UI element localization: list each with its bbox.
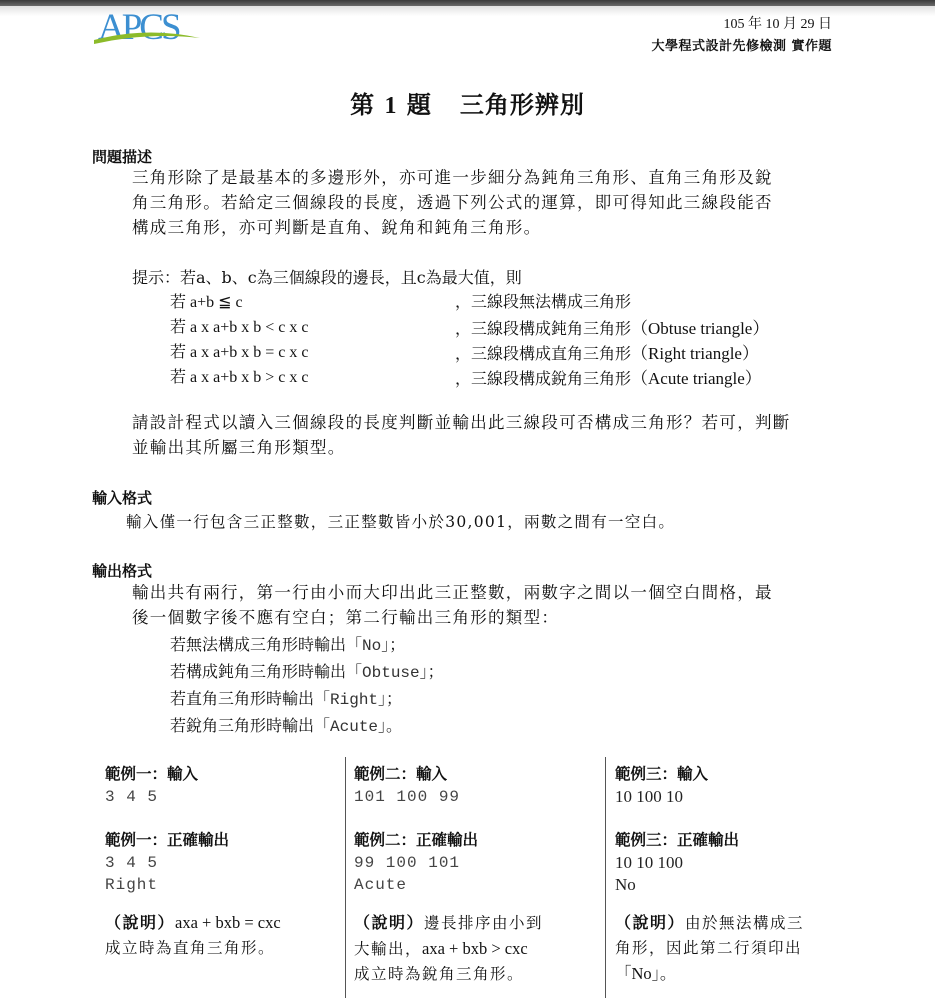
output-rule: 若銳角三角形時輸出「Acute」。 [170, 713, 444, 740]
description-line: 三角形除了是最基本的多邊形外，亦可進一步細分為鈍角三角形、直角三角形及銳 [132, 165, 832, 190]
task-paragraph: 請設計程式以讀入三個線段的長度判斷並輸出此三線段可否構成三角形？若可，判斷 並輸… [132, 410, 832, 460]
hint-result: ，三線段構成直角三角形（Right triangle） [455, 339, 759, 364]
section-heading-output: 輸出格式 [92, 560, 152, 581]
example-2: 範例二：輸入 101 100 99 範例二：正確輸出 99 100 101 Ac… [354, 762, 594, 987]
example-input-label: 範例二：輸入 [354, 762, 594, 786]
example-output-label: 範例一：正確輸出 [105, 828, 335, 852]
hint-intro: 提示：若a、b、c為三個線段的邊長，且c為最大值，則 [132, 265, 522, 290]
example-3: 範例三：輸入 10 100 10 範例三：正確輸出 10 10 100 No （… [615, 762, 845, 986]
example-output-value: No [615, 874, 845, 896]
output-format-line: 後一個數字後不應有空白；第二行輸出三角形的類型： [132, 605, 832, 630]
example-output-label: 範例二：正確輸出 [354, 828, 594, 852]
example-output-value: Acute [354, 874, 594, 896]
exam-date: 105 年 10 月 29 日 [651, 14, 832, 36]
column-divider [605, 757, 606, 998]
example-input-value: 3 4 5 [105, 786, 335, 808]
problem-name: 三角形辨別 [460, 90, 585, 119]
example-input-value: 101 100 99 [354, 786, 594, 808]
description-line: 角三角形。若給定三個線段的長度，透過下列公式的運算，即可得知此三線段能否 [132, 190, 832, 215]
output-rule: 若直角三角形時輸出「Right」； [170, 686, 444, 713]
hint-row: 若 a x a+b x b > c x c ，三線段構成銳角三角形（Acute … [170, 364, 810, 389]
hint-condition: 若 a x a+b x b > c x c [170, 364, 308, 387]
input-format-text: 輸入僅一行包含三正整數，三正整數皆小於30,001，兩數之間有一空白。 [126, 510, 846, 535]
example-output-value: 3 4 5 [105, 852, 335, 874]
hint-condition: 若 a x a+b x b = c x c [170, 339, 308, 362]
hint-result: ，三線段構成鈍角三角形（Obtuse triangle） [455, 314, 769, 339]
hint-result: ，三線段無法構成三角形 [455, 289, 631, 312]
logo-swoosh-icon [92, 28, 202, 48]
title-suffix: 題 [407, 90, 432, 119]
description-paragraph: 三角形除了是最基本的多邊形外，亦可進一步細分為鈍角三角形、直角三角形及銳 角三角… [132, 165, 832, 240]
section-heading-description: 問題描述 [92, 146, 152, 167]
hint-result: ，三線段構成銳角三角形（Acute triangle） [455, 364, 762, 389]
example-note: （說明）邊長排序由小到 大輸出，axa + bxb > cxc 成立時為銳角三角… [354, 910, 594, 987]
hint-row: 若 a+b ≦ c ，三線段無法構成三角形 [170, 289, 810, 314]
example-output-value: 10 10 100 [615, 852, 845, 874]
apcs-logo: APCS [92, 10, 202, 50]
problem-title: 第 1 題三角形辨別 [0, 85, 935, 120]
problem-number: 1 [385, 93, 398, 119]
column-divider [345, 757, 346, 998]
example-output-label: 範例三：正確輸出 [615, 828, 845, 852]
example-output-value: Right [105, 874, 335, 896]
title-prefix: 第 [350, 90, 375, 119]
document-header: 105 年 10 月 29 日 大學程式設計先修檢測 實作題 [651, 14, 832, 58]
task-line: 並輸出其所屬三角形類型。 [132, 435, 832, 460]
exam-name: 大學程式設計先修檢測 實作題 [651, 36, 832, 58]
output-rule: 若無法構成三角形時輸出「No」； [170, 632, 444, 659]
example-1: 範例一：輸入 3 4 5 範例一：正確輸出 3 4 5 Right （說明）ax… [105, 762, 335, 961]
example-output-value: 99 100 101 [354, 852, 594, 874]
output-format-line: 輸出共有兩行，第一行由小而大印出此三正整數，兩數字之間以一個空白間格，最 [132, 580, 832, 605]
hint-condition: 若 a+b ≦ c [170, 289, 243, 312]
example-input-label: 範例三：輸入 [615, 762, 845, 786]
example-input-label: 範例一：輸入 [105, 762, 335, 786]
output-rule: 若構成鈍角三角形時輸出「Obtuse」； [170, 659, 444, 686]
description-line: 構成三角形，亦可判斷是直角、銳角和鈍角三角形。 [132, 215, 832, 240]
output-rules-list: 若無法構成三角形時輸出「No」； 若構成鈍角三角形時輸出「Obtuse」； 若直… [170, 632, 444, 740]
section-heading-input: 輸入格式 [92, 487, 152, 508]
hint-row: 若 a x a+b x b < c x c ，三線段構成鈍角三角形（Obtuse… [170, 314, 810, 339]
example-note: （說明）axa + bxb = cxc 成立時為直角三角形。 [105, 910, 335, 961]
example-input-value: 10 100 10 [615, 786, 845, 808]
hint-condition: 若 a x a+b x b < c x c [170, 314, 308, 337]
hint-row: 若 a x a+b x b = c x c ，三線段構成直角三角形（Right … [170, 339, 810, 364]
task-line: 請設計程式以讀入三個線段的長度判斷並輸出此三線段可否構成三角形？若可，判斷 [132, 410, 832, 435]
example-note: （說明）由於無法構成三 角形，因此第二行須印出 「No」。 [615, 910, 845, 986]
output-format-paragraph: 輸出共有兩行，第一行由小而大印出此三正整數，兩數字之間以一個空白間格，最 後一個… [132, 580, 832, 630]
